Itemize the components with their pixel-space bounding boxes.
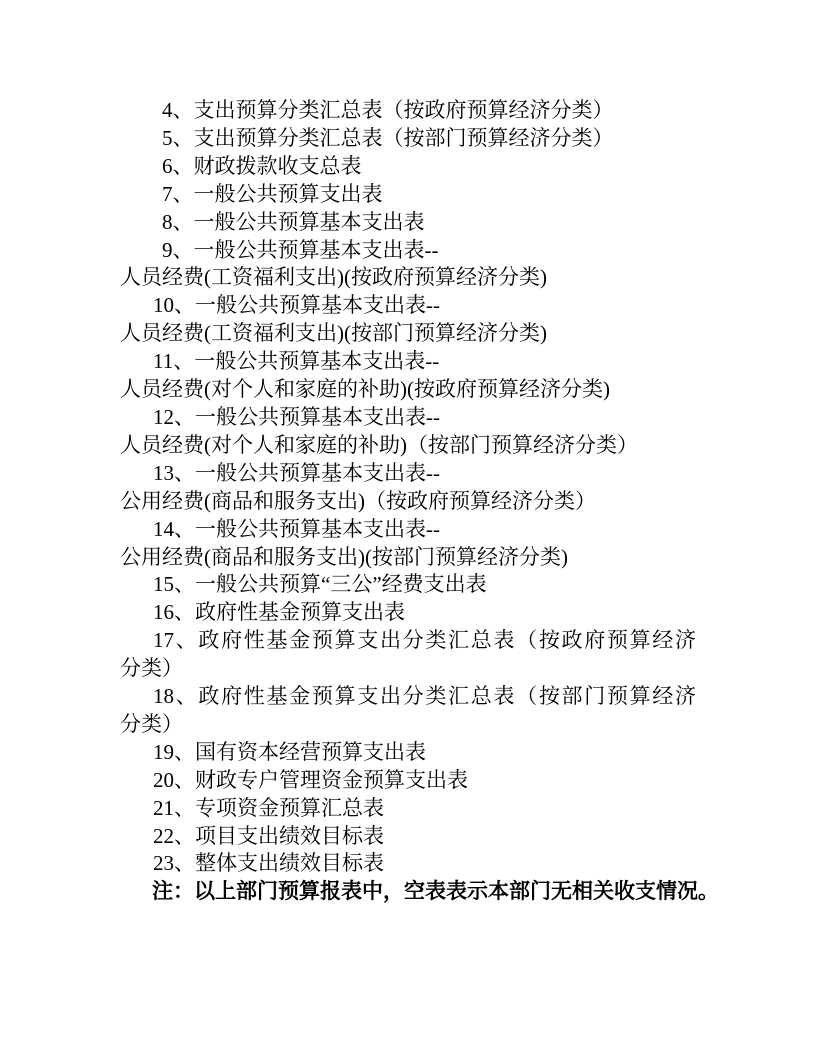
list-item-9: 9、一般公共预算基本支出表-- <box>120 237 696 265</box>
document-page: 4、支出预算分类汇总表（按政府预算经济分类） 5、支出预算分类汇总表（按部门预算… <box>0 0 816 1056</box>
list-item-7: 7、一般公共预算支出表 <box>120 181 696 209</box>
list-item-19: 19、国有资本经营预算支出表 <box>120 739 696 767</box>
list-item-15: 15、一般公共预算“三公”经费支出表 <box>120 571 696 599</box>
list-item-10: 10、一般公共预算基本支出表-- <box>120 292 696 320</box>
list-item-11: 11、一般公共预算基本支出表-- <box>120 348 696 376</box>
list-item-10-continuation: 人员经费(工资福利支出)(按部门预算经济分类) <box>120 320 696 348</box>
list-item-9-continuation: 人员经费(工资福利支出)(按政府预算经济分类) <box>120 264 696 292</box>
list-item-8: 8、一般公共预算基本支出表 <box>120 209 696 237</box>
list-item-5: 5、支出预算分类汇总表（按部门预算经济分类） <box>120 125 696 153</box>
list-item-6: 6、财政拨款收支总表 <box>120 153 696 181</box>
list-item-17: 17、政府性基金预算支出分类汇总表（按政府预算经济 <box>120 627 696 655</box>
list-item-12-continuation: 人员经费(对个人和家庭的补助)（按部门预算经济分类） <box>120 432 696 460</box>
note-line: 注：以上部门预算报表中，空表表示本部门无相关收支情况。 <box>120 878 696 906</box>
list-item-12: 12、一般公共预算基本支出表-- <box>120 404 696 432</box>
list-item-21: 21、专项资金预算汇总表 <box>120 795 696 823</box>
list-item-20: 20、财政专户管理资金预算支出表 <box>120 767 696 795</box>
list-item-13: 13、一般公共预算基本支出表-- <box>120 460 696 488</box>
list-item-16: 16、政府性基金预算支出表 <box>120 599 696 627</box>
budget-tables-list: 4、支出预算分类汇总表（按政府预算经济分类） 5、支出预算分类汇总表（按部门预算… <box>120 97 696 906</box>
list-item-14: 14、一般公共预算基本支出表-- <box>120 516 696 544</box>
list-item-4: 4、支出预算分类汇总表（按政府预算经济分类） <box>120 97 696 125</box>
list-item-18: 18、政府性基金预算支出分类汇总表（按部门预算经济 <box>120 683 696 711</box>
list-item-18-continuation: 分类） <box>120 711 696 739</box>
list-item-23: 23、整体支出绩效目标表 <box>120 850 696 878</box>
list-item-11-continuation: 人员经费(对个人和家庭的补助)(按政府预算经济分类) <box>120 376 696 404</box>
list-item-14-continuation: 公用经费(商品和服务支出)(按部门预算经济分类) <box>120 544 696 572</box>
list-item-17-continuation: 分类） <box>120 655 696 683</box>
list-item-22: 22、项目支出绩效目标表 <box>120 823 696 851</box>
list-item-13-continuation: 公用经费(商品和服务支出)（按政府预算经济分类） <box>120 488 696 516</box>
